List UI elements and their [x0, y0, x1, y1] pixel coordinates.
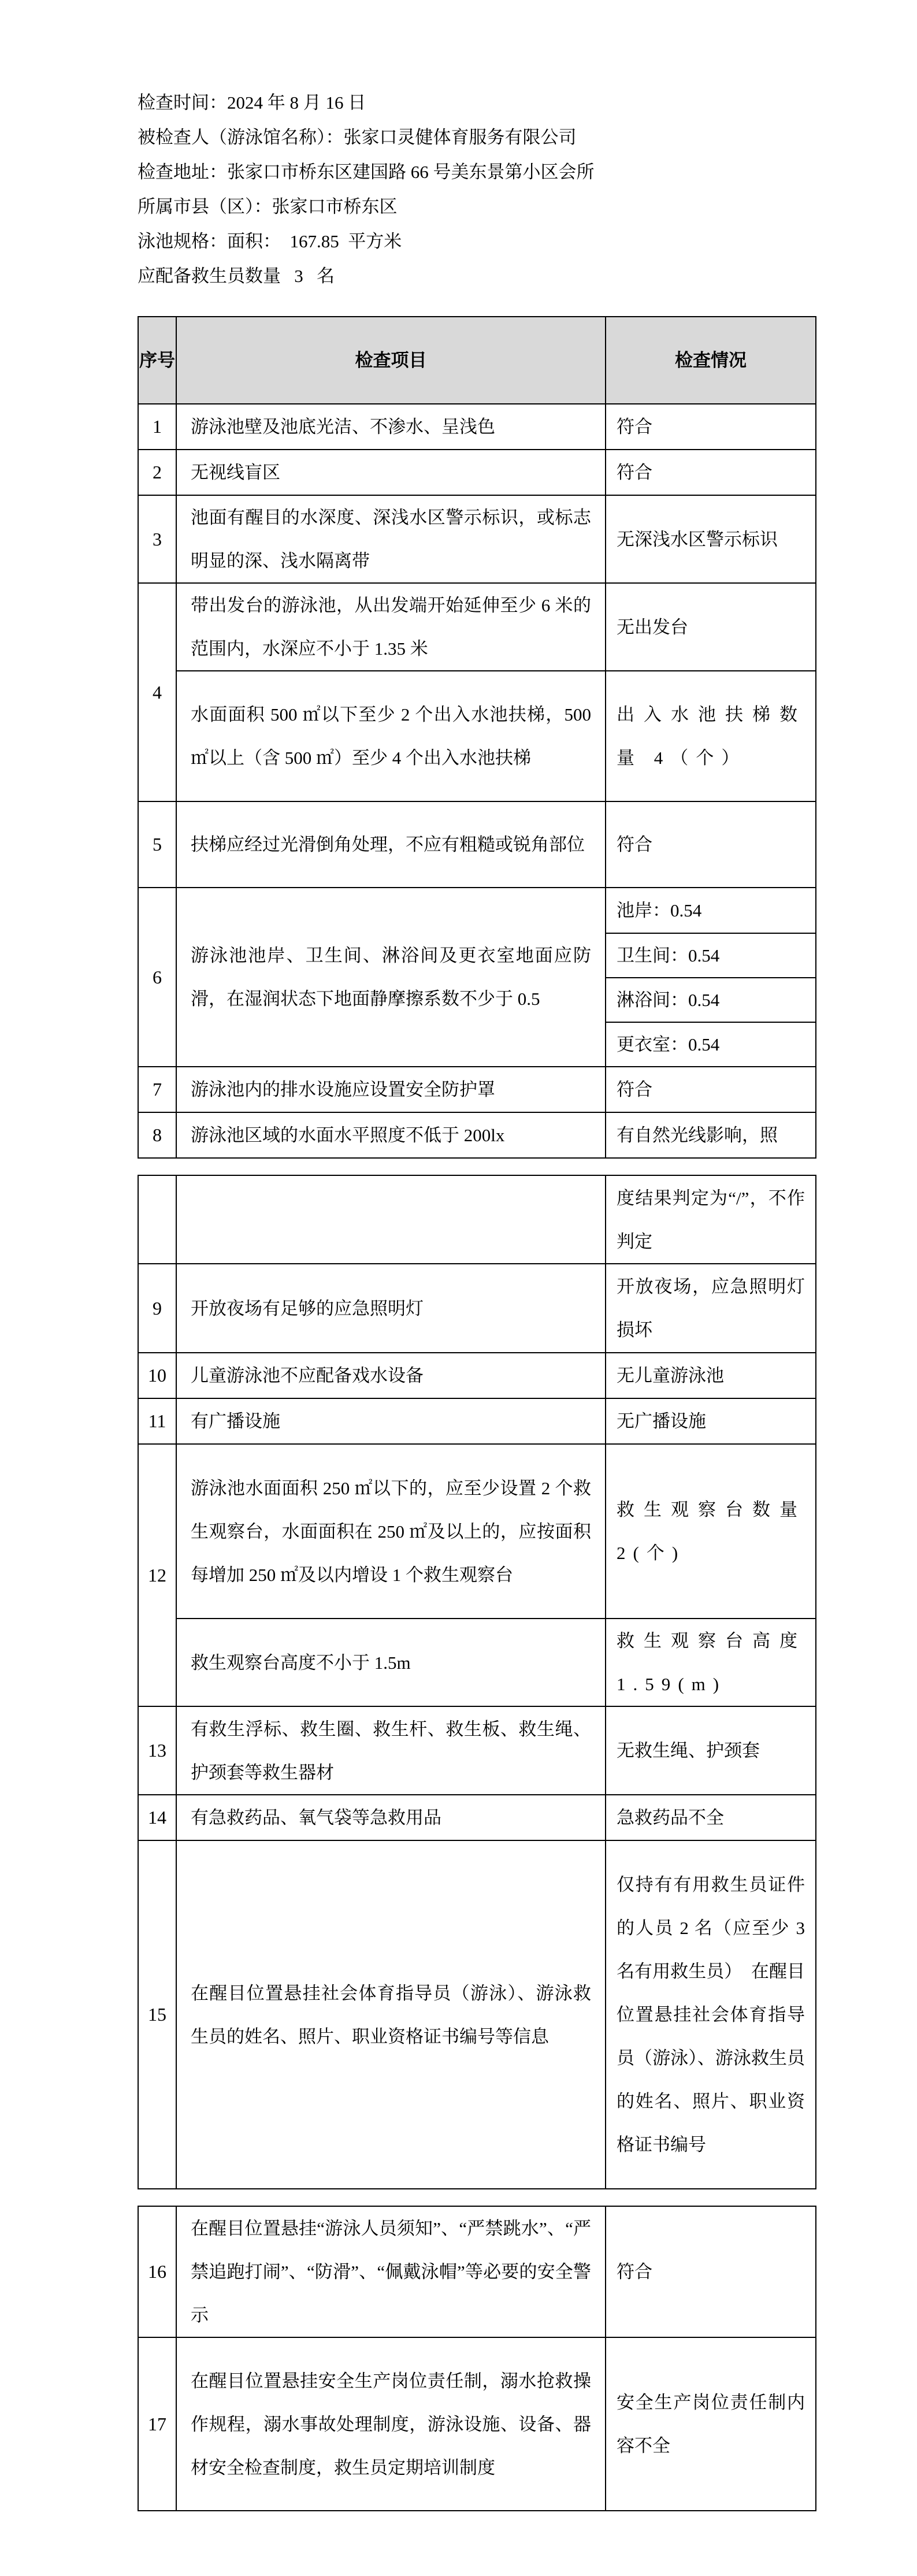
- row-number: [138, 1175, 176, 1264]
- column-header-no: 序号: [138, 317, 176, 404]
- row-number: 7: [138, 1067, 176, 1112]
- item-text: 救生观察台高度不小于 1.5m: [176, 1619, 606, 1706]
- result-text: 淋浴间：0.54: [606, 978, 816, 1022]
- item-text: 扶梯应经过光滑倒角处理，不应有粗糙或锐角部位: [176, 801, 606, 888]
- item-text: 游泳池壁及池底光洁、不渗水、呈浅色: [176, 404, 606, 450]
- row-number: 2: [138, 450, 176, 495]
- item-text: 无视线盲区: [176, 450, 606, 495]
- inspected-party-line: 被检查人（游泳馆名称）：张家口灵健体育服务有限公司: [138, 120, 815, 155]
- result-text: 有自然光线影响，照: [606, 1112, 816, 1158]
- result-text: 开放夜场，应急照明灯损坏: [606, 1264, 816, 1353]
- row-number: 9: [138, 1264, 176, 1353]
- column-header-item: 检查项目: [176, 317, 606, 404]
- result-text: 无广播设施: [606, 1398, 816, 1444]
- result-text: 无深浅水区警示标识: [606, 495, 816, 583]
- row-number: 17: [138, 2337, 176, 2511]
- result-text: 急救药品不全: [606, 1795, 816, 1840]
- item-text: 游泳池内的排水设施应设置安全防护罩: [176, 1067, 606, 1112]
- district-line: 所属市县（区）：张家口市桥东区: [138, 190, 815, 224]
- required-lifeguards-line: 应配备救生员数量 3 名: [138, 259, 815, 294]
- row-number: 6: [138, 888, 176, 1067]
- table-row: 17 在醒目位置悬挂安全生产岗位责任制，溺水抢救操作规程，溺水事故处理制度，游泳…: [138, 2337, 816, 2511]
- row-number: 1: [138, 404, 176, 450]
- pool-spec-line: 泳池规格：面积： 167.85 平方米: [138, 224, 815, 259]
- item-text: 游泳池区域的水面水平照度不低于 200lx: [176, 1112, 606, 1158]
- table-row: 13 有救生浮标、救生圈、救生杆、救生板、救生绳、护颈套等救生器材 无救生绳、护…: [138, 1706, 816, 1795]
- result-text: 更衣室：0.54: [606, 1022, 816, 1067]
- table-row: 11 有广播设施 无广播设施: [138, 1398, 816, 1444]
- item-text: 池面有醒目的水深度、深浅水区警示标识，或标志明显的深、浅水隔离带: [176, 495, 606, 583]
- item-text: 开放夜场有足够的应急照明灯: [176, 1264, 606, 1353]
- result-text: 符合: [606, 404, 816, 450]
- table-row: 15 在醒目位置悬挂社会体育指导员（游泳）、游泳救生员的姓名、照片、职业资格证书…: [138, 1840, 816, 2189]
- result-text: 符合: [606, 1067, 816, 1112]
- inspection-time-line: 检查时间：2024 年 8 月 16 日: [138, 86, 815, 120]
- table-row: 5 扶梯应经过光滑倒角处理，不应有粗糙或锐角部位 符合: [138, 801, 816, 888]
- table-row: 3 池面有醒目的水深度、深浅水区警示标识，或标志明显的深、浅水隔离带 无深浅水区…: [138, 495, 816, 583]
- table-row: 16 在醒目位置悬挂“游泳人员须知”、“严禁跳水”、“严禁追跑打闹”、“防滑”、…: [138, 2206, 816, 2337]
- result-text: 无救生绳、护颈套: [606, 1706, 816, 1795]
- header-info: 检查时间：2024 年 8 月 16 日 被检查人（游泳馆名称）：张家口灵健体育…: [138, 86, 815, 294]
- item-text: 有广播设施: [176, 1398, 606, 1444]
- result-text: 救生观察台高度 1.59(m): [606, 1619, 816, 1706]
- row-number: 12: [138, 1444, 176, 1706]
- row-number: 13: [138, 1706, 176, 1795]
- result-text: 符合: [606, 2206, 816, 2337]
- item-text: 有救生浮标、救生圈、救生杆、救生板、救生绳、护颈套等救生器材: [176, 1706, 606, 1795]
- row-number: 14: [138, 1795, 176, 1840]
- item-text: 在醒目位置悬挂“游泳人员须知”、“严禁跳水”、“严禁追跑打闹”、“防滑”、“佩戴…: [176, 2206, 606, 2337]
- row-number: 10: [138, 1353, 176, 1398]
- document-page: 检查时间：2024 年 8 月 16 日 被检查人（游泳馆名称）：张家口灵健体育…: [0, 0, 917, 2576]
- result-text: 无出发台: [606, 583, 816, 671]
- inspection-table-segment-1: 序号 检查项目 检查情况 1 游泳池壁及池底光洁、不渗水、呈浅色 符合 2 无视…: [138, 316, 816, 1159]
- row-number: 5: [138, 801, 176, 888]
- result-text: 度结果判定为“/”，不作判定: [606, 1175, 816, 1264]
- item-text: [176, 1175, 606, 1264]
- table-row: 度结果判定为“/”，不作判定: [138, 1175, 816, 1264]
- item-text: 水面面积 500 ㎡以下至少 2 个出入水池扶梯，500 ㎡以上（含 500 ㎡…: [176, 671, 606, 801]
- result-text: 池岸：0.54: [606, 888, 816, 933]
- column-header-result: 检查情况: [606, 317, 816, 404]
- row-number: 11: [138, 1398, 176, 1444]
- item-text: 儿童游泳池不应配备戏水设备: [176, 1353, 606, 1398]
- item-text: 有急救药品、氧气袋等急救用品: [176, 1795, 606, 1840]
- result-text: 符合: [606, 801, 816, 888]
- table-row: 8 游泳池区域的水面水平照度不低于 200lx 有自然光线影响，照: [138, 1112, 816, 1158]
- table-row: 6 游泳池池岸、卫生间、淋浴间及更衣室地面应防滑，在湿润状态下地面静摩擦系数不少…: [138, 888, 816, 933]
- item-text: 在醒目位置悬挂社会体育指导员（游泳）、游泳救生员的姓名、照片、职业资格证书编号等…: [176, 1840, 606, 2189]
- inspection-table-segment-3: 16 在醒目位置悬挂“游泳人员须知”、“严禁跳水”、“严禁追跑打闹”、“防滑”、…: [138, 2206, 816, 2511]
- table-row: 7 游泳池内的排水设施应设置安全防护罩 符合: [138, 1067, 816, 1112]
- table-row: 10 儿童游泳池不应配备戏水设备 无儿童游泳池: [138, 1353, 816, 1398]
- table-row: 水面面积 500 ㎡以下至少 2 个出入水池扶梯，500 ㎡以上（含 500 ㎡…: [138, 671, 816, 801]
- item-text: 游泳池池岸、卫生间、淋浴间及更衣室地面应防滑，在湿润状态下地面静摩擦系数不少于 …: [176, 888, 606, 1067]
- result-text: 仅持有有用救生员证件的人员 2 名（应至少 3 名有用救生员） 在醒目位置悬挂社…: [606, 1840, 816, 2189]
- table-row: 1 游泳池壁及池底光洁、不渗水、呈浅色 符合: [138, 404, 816, 450]
- table-row: 2 无视线盲区 符合: [138, 450, 816, 495]
- result-text: 卫生间：0.54: [606, 933, 816, 978]
- result-text: 出入水池扶梯数量 4（个）: [606, 671, 816, 801]
- result-text: 安全生产岗位责任制内容不全: [606, 2337, 816, 2511]
- result-text: 救生观察台数量 2(个): [606, 1444, 816, 1619]
- row-number: 16: [138, 2206, 176, 2337]
- result-text: 符合: [606, 450, 816, 495]
- result-text: 无儿童游泳池: [606, 1353, 816, 1398]
- item-text: 带出发台的游泳池，从出发端开始延伸至少 6 米的范围内，水深应不小于 1.35 …: [176, 583, 606, 671]
- inspection-address-line: 检查地址：张家口市桥东区建国路 66 号美东景第小区会所: [138, 155, 815, 190]
- row-number: 4: [138, 583, 176, 801]
- table-row: 12 游泳池水面面积 250 ㎡以下的，应至少设置 2 个救生观察台，水面面积在…: [138, 1444, 816, 1619]
- inspection-table-segment-2: 度结果判定为“/”，不作判定 9 开放夜场有足够的应急照明灯 开放夜场，应急照明…: [138, 1175, 816, 2189]
- table-row: 9 开放夜场有足够的应急照明灯 开放夜场，应急照明灯损坏: [138, 1264, 816, 1353]
- item-text: 在醒目位置悬挂安全生产岗位责任制，溺水抢救操作规程，溺水事故处理制度，游泳设施、…: [176, 2337, 606, 2511]
- row-number: 8: [138, 1112, 176, 1158]
- row-number: 15: [138, 1840, 176, 2189]
- table-row: 4 带出发台的游泳池，从出发端开始延伸至少 6 米的范围内，水深应不小于 1.3…: [138, 583, 816, 671]
- row-number: 3: [138, 495, 176, 583]
- table-row: 救生观察台高度不小于 1.5m 救生观察台高度 1.59(m): [138, 1619, 816, 1706]
- table-row: 14 有急救药品、氧气袋等急救用品 急救药品不全: [138, 1795, 816, 1840]
- item-text: 游泳池水面面积 250 ㎡以下的，应至少设置 2 个救生观察台，水面面积在 25…: [176, 1444, 606, 1619]
